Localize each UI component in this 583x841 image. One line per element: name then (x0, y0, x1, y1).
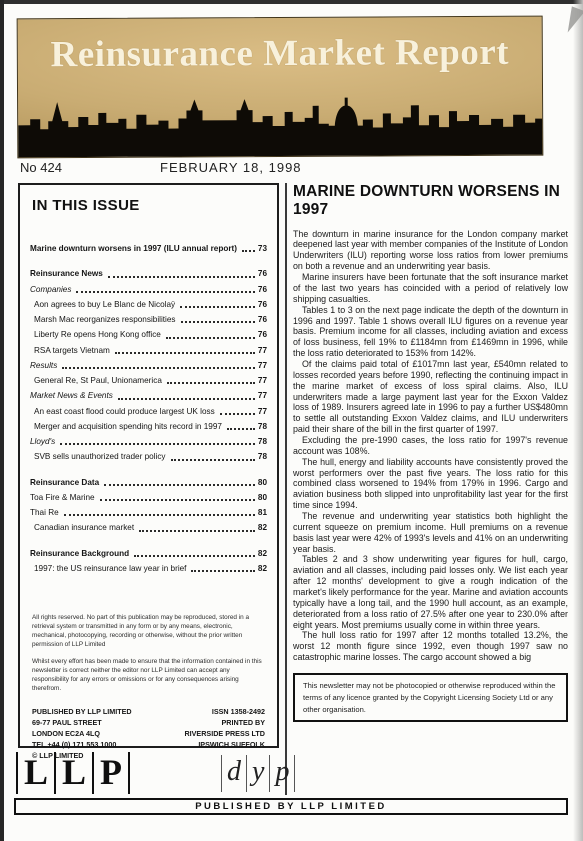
toc-dot-leader (118, 398, 255, 400)
toc-entry-page: 77 (258, 361, 267, 371)
article-paragraph: The revenue and underwriting year statis… (293, 511, 568, 554)
issn-printer-block: ISSN 1358-2492PRINTED BYRIVERSIDE PRESS … (184, 706, 265, 762)
toc-entry: General Re, St Paul, Unionamerica 77 (30, 376, 267, 386)
toc-entry: Toa Fire & Marine 80 (30, 493, 267, 503)
toc-entry-label: Results (30, 361, 57, 371)
toc-dot-leader (134, 555, 255, 557)
toc-entry-label: Thai Re (30, 508, 59, 518)
llp-logo: LLP (16, 752, 130, 794)
toc-entry-label: Liberty Re opens Hong Kong office (30, 330, 161, 340)
toc-dot-leader (242, 250, 255, 252)
toc-entry-page: 81 (258, 508, 267, 518)
license-notice-box: This newsletter may not be photocopied o… (293, 673, 568, 722)
footer-text: PUBLISHED BY LLP LIMITED (195, 801, 387, 812)
toc-entry-label: Marine downturn worsens in 1997 (ILU ann… (30, 244, 237, 254)
newsletter-title: Reinsurance Market Report (18, 31, 542, 77)
scan-edge-left (0, 0, 4, 841)
masthead-banner: Reinsurance Market Report (17, 16, 544, 159)
toc-entry: 1997: the US reinsurance law year in bri… (30, 564, 267, 574)
toc-entry-page: 82 (258, 564, 267, 574)
toc-entry-label: An east coast flood could produce larges… (30, 407, 215, 417)
toc-entry-page: 76 (258, 269, 267, 279)
printer-line: RIVERSIDE PRESS LTD (184, 728, 265, 739)
toc-entry-page: 82 (258, 523, 267, 533)
toc-entry-page: 80 (258, 478, 267, 488)
toc-entry-label: General Re, St Paul, Unionamerica (30, 376, 162, 386)
toc-entry: Lloyd's 78 (30, 437, 267, 447)
toc-entry-page: 78 (258, 437, 267, 447)
toc-entry-page: 78 (258, 452, 267, 462)
issue-number: No 424 (20, 160, 62, 175)
toc-dot-leader (60, 443, 255, 445)
publisher-line: TEL +44 (0) 171 553 1000 (32, 739, 132, 750)
toc-dot-leader (191, 570, 254, 572)
toc-dot-leader (64, 514, 255, 516)
toc-entry-label: SVB sells unauthorized trader policy (30, 452, 166, 462)
publisher-line: LONDON EC2A 4LQ (32, 728, 132, 739)
toc-dot-leader (100, 499, 255, 501)
toc-dot-leader (115, 352, 255, 354)
toc-entry-label: Reinsurance Data (30, 478, 99, 488)
toc-entry-page: 77 (258, 391, 267, 401)
toc-entry: Canadian insurance market 82 (30, 523, 267, 533)
toc-entry-label: Market News & Events (30, 391, 113, 401)
toc-entry-page: 77 (258, 407, 267, 417)
printer-line: ISSN 1358-2492 (184, 706, 265, 717)
article-paragraph: The hull, energy and liability accounts … (293, 457, 568, 511)
toc-list: Marine downturn worsens in 1997 (ILU ann… (30, 244, 267, 574)
scanned-newsletter-page: Reinsurance Market Report No 424 FEBRUAR… (0, 0, 583, 841)
dyp-logo-letter: p (269, 755, 294, 792)
toc-entry-page: 82 (258, 549, 267, 559)
article-paragraph: Marine insurers have been fortunate that… (293, 272, 568, 305)
llp-logo-letter: P (92, 752, 128, 794)
toc-entry-page: 78 (258, 422, 267, 432)
rights-notice: All rights reserved. No part of this pub… (32, 614, 265, 650)
london-skyline-silhouette (18, 93, 542, 158)
article-body: The downturn in marine insurance for the… (293, 229, 568, 663)
toc-entry: An east coast flood could produce larges… (30, 407, 267, 417)
toc-entry-label: 1997: the US reinsurance law year in bri… (30, 564, 186, 574)
toc-entry-label: Reinsurance Background (30, 549, 129, 559)
toc-entry-label: Companies (30, 285, 71, 295)
article-paragraph: Tables 2 and 3 show underwriting year fi… (293, 554, 568, 630)
toc-dot-leader (227, 428, 255, 430)
printer-line: PRINTED BY (184, 717, 265, 728)
toc-dot-leader (104, 484, 255, 486)
issue-date: FEBRUARY 18, 1998 (160, 160, 302, 175)
toc-entry: RSA targets Vietnam 77 (30, 346, 267, 356)
license-notice-text: This newsletter may not be photocopied o… (303, 681, 555, 714)
toc-entry-label: Marsh Mac reorganizes responsibilities (30, 315, 176, 325)
toc-heading: IN THIS ISSUE (32, 197, 267, 214)
toc-entry: Results 77 (30, 361, 267, 371)
toc-dot-leader (220, 413, 255, 415)
footer-bar: PUBLISHED BY LLP LIMITED (14, 798, 568, 815)
toc-dot-leader (139, 530, 255, 532)
toc-entry-page: 76 (258, 330, 267, 340)
toc-entry-page: 73 (258, 244, 267, 254)
publisher-line: PUBLISHED BY LLP LIMITED (32, 706, 132, 717)
scan-edge-top (0, 0, 583, 4)
toc-dot-leader (171, 459, 255, 461)
toc-entry: Reinsurance News 76 (30, 269, 267, 279)
dyp-logo-letter: y (246, 755, 269, 792)
article-paragraph: Excluding the pre-1990 cases, the loss r… (293, 435, 568, 457)
article-paragraph: Of the claims paid total of £1017mn last… (293, 359, 568, 435)
toc-entry: Marsh Mac reorganizes responsibilities 7… (30, 315, 267, 325)
llp-logo-letter: L (16, 752, 54, 794)
toc-dot-leader (167, 382, 255, 384)
publisher-line: 69-77 PAUL STREET (32, 717, 132, 728)
toc-dot-leader (108, 276, 255, 278)
toc-entry: Marine downturn worsens in 1997 (ILU ann… (30, 244, 267, 254)
toc-entry-page: 76 (258, 315, 267, 325)
toc-dot-leader (166, 337, 255, 339)
llp-logo-letter: L (54, 752, 92, 794)
printer-line: IPSWICH SUFFOLK (184, 739, 265, 750)
toc-entry-label: Merger and acquisition spending hits rec… (30, 422, 222, 432)
toc-entry: Thai Re 81 (30, 508, 267, 518)
toc-entry: Companies 76 (30, 285, 267, 295)
toc-entry: Reinsurance Data 80 (30, 478, 267, 488)
toc-entry: Aon agrees to buy Le Blanc de Nicolaÿ 76 (30, 300, 267, 310)
issue-row: No 424 FEBRUARY 18, 1998 (20, 160, 550, 178)
toc-entry-label: Reinsurance News (30, 269, 103, 279)
toc-entry-label: RSA targets Vietnam (30, 346, 110, 356)
toc-dot-leader (62, 367, 255, 369)
toc-entry-page: 80 (258, 493, 267, 503)
toc-entry-page: 77 (258, 346, 267, 356)
article-paragraph: Tables 1 to 3 on the next page indicate … (293, 305, 568, 359)
in-this-issue-box: IN THIS ISSUE Marine downturn worsens in… (18, 183, 279, 748)
toc-dot-leader (180, 306, 255, 308)
toc-entry: Market News & Events 77 (30, 391, 267, 401)
toc-entry-label: Toa Fire & Marine (30, 493, 95, 503)
toc-dot-leader (76, 291, 254, 293)
main-article: MARINE DOWNTURN WORSENS IN 1997 The down… (293, 183, 568, 722)
toc-entry-page: 76 (258, 285, 267, 295)
toc-dot-leader (181, 321, 255, 323)
toc-entry: Reinsurance Background 82 (30, 549, 267, 559)
toc-entry-page: 77 (258, 376, 267, 386)
toc-entry-label: Canadian insurance market (30, 523, 134, 533)
toc-entry: Merger and acquisition spending hits rec… (30, 422, 267, 432)
article-headline: MARINE DOWNTURN WORSENS IN 1997 (293, 183, 568, 219)
toc-entry-page: 76 (258, 300, 267, 310)
dyp-logo: dyp (221, 755, 295, 792)
toc-entry: Liberty Re opens Hong Kong office 76 (30, 330, 267, 340)
toc-entry: SVB sells unauthorized trader policy 78 (30, 452, 267, 462)
dyp-logo-letter: d (221, 755, 246, 792)
disclaimer-notice: Whilst every effort has been made to ens… (32, 658, 265, 694)
article-paragraph: The downturn in marine insurance for the… (293, 229, 568, 272)
scan-edge-right-shadow (573, 0, 583, 841)
column-divider (285, 183, 287, 795)
toc-entry-label: Lloyd's (30, 437, 55, 447)
article-paragraph: The hull loss ratio for 1997 after 12 mo… (293, 630, 568, 663)
toc-entry-label: Aon agrees to buy Le Blanc de Nicolaÿ (30, 300, 175, 310)
